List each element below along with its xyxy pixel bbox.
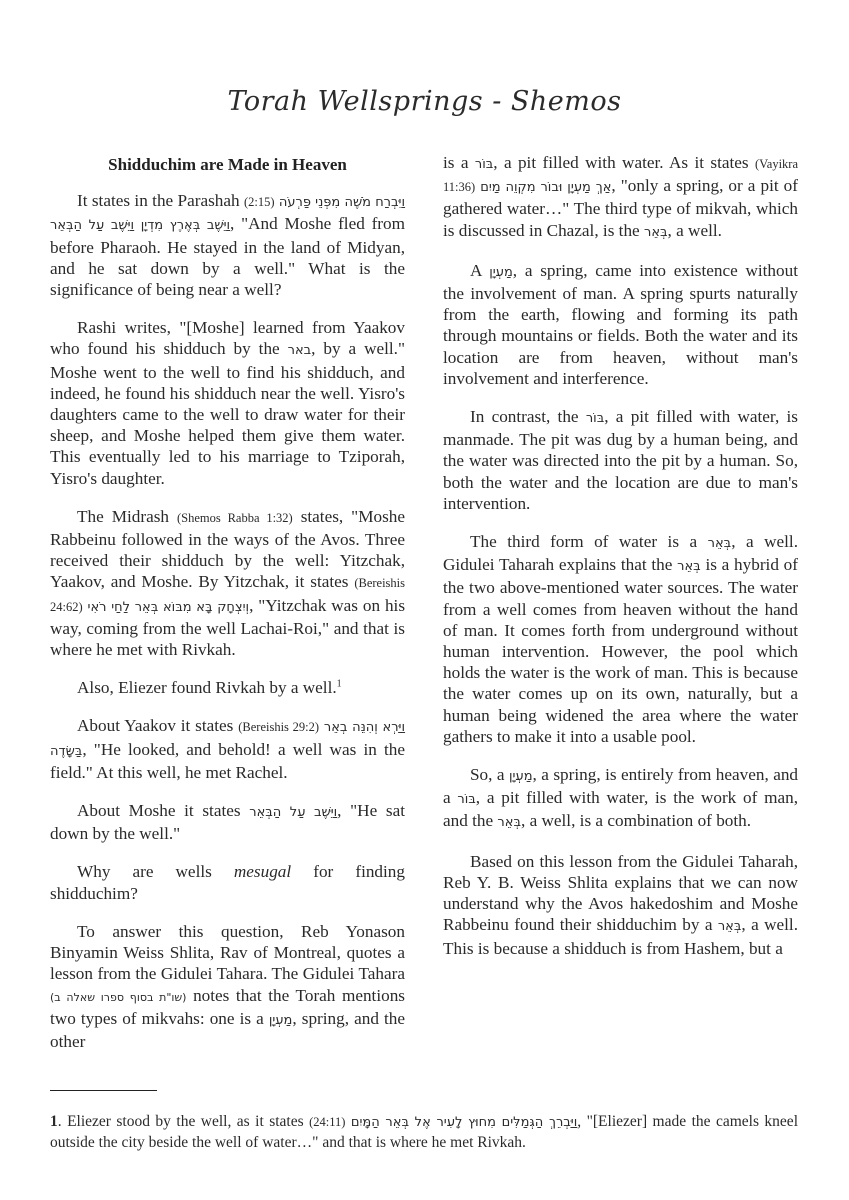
hebrew-word: בּוֹר: [475, 157, 493, 172]
footnote-number: 1: [50, 1113, 58, 1130]
text: To answer this question, Reb Yonason Bin…: [50, 922, 405, 983]
paragraph: About Moshe it states וַיֵּשֶׁב עַל הַבְ…: [50, 800, 405, 844]
citation: (Shemos Rabba 1:32): [177, 511, 293, 525]
left-column: Shidduchim are Made in Heaven It states …: [50, 150, 405, 1069]
hebrew-word: מַעְיָן: [509, 769, 533, 784]
emphasis: mesugal: [234, 862, 291, 881]
text: Also, Eliezer found Rivkah by a well.: [77, 678, 337, 697]
paragraph: The Midrash (Shemos Rabba 1:32) states, …: [50, 506, 405, 660]
footnote: 1. Eliezer stood by the well, as it stat…: [50, 1112, 798, 1153]
hebrew-word: בְּאֵר: [644, 225, 668, 240]
text: is a: [443, 153, 475, 172]
footnote-marker[interactable]: 1: [337, 679, 342, 690]
footnote-divider: [50, 1090, 157, 1091]
paragraph: Why are wells mesugal for finding shiddu…: [50, 861, 405, 903]
paragraph: The third form of water is a בְּאֵר, a w…: [443, 531, 798, 747]
hebrew-quote: וְיִצְחָק בָּא מִבּוֹא בְּאֵר לַחַי רֹאִ…: [88, 600, 250, 615]
text: About Yaakov it states: [77, 716, 238, 735]
text: , "He looked, and behold! a well was in …: [50, 740, 405, 782]
paragraph: Rashi writes, "[Moshe] learned from Yaak…: [50, 317, 405, 489]
page-title: Torah Wellsprings - Shemos: [0, 86, 849, 117]
paragraph: Also, Eliezer found Rivkah by a well.1: [50, 677, 405, 698]
hebrew-word: בְּאֵר: [497, 815, 521, 830]
text: The Midrash: [77, 507, 177, 526]
hebrew-word: בְּאֵר: [708, 536, 732, 551]
text: So, a: [470, 765, 509, 784]
hebrew-quote: וַיַּבְרֵךְ הַגְּמַלִּים מִחוּץ לָעִיר א…: [351, 1115, 577, 1130]
citation: (Bereishis 29:2): [238, 720, 319, 734]
text: , by a well." Moshe went to the well to …: [50, 339, 405, 487]
paragraph: It states in the Parashah (2:15) וַיִּבְ…: [50, 190, 405, 300]
paragraph: Based on this lesson from the Gidulei Ta…: [443, 851, 798, 959]
text: About Moshe it states: [77, 801, 249, 820]
text: A: [470, 261, 489, 280]
hebrew-word: מַעְיָן: [489, 265, 513, 280]
paragraph: So, a מַעְיָן, a spring, is entirely fro…: [443, 764, 798, 834]
hebrew-word: בְּאֵר: [677, 559, 701, 574]
hebrew-word: באר: [288, 343, 312, 358]
section-heading: Shidduchim are Made in Heaven: [50, 154, 405, 175]
hebrew-word: בּוֹר: [457, 792, 475, 807]
citation: (24:11): [309, 1115, 345, 1129]
hebrew-quote: וַיֵּשֶׁב עַל הַבְּאֵר: [249, 805, 337, 820]
text: is a hybrid of the two above-mentioned w…: [443, 555, 798, 746]
text: It states in the Parashah: [77, 191, 244, 210]
hebrew-word: מַעְיָן: [269, 1013, 293, 1028]
text: , a well, is a combination of both.: [521, 811, 751, 830]
text: In contrast, the: [470, 407, 586, 426]
citation: (2:15): [244, 195, 275, 209]
text: Why are wells: [77, 862, 234, 881]
right-column: is a בּוֹר, a pit filled with water. As …: [443, 152, 798, 976]
paragraph: In contrast, the בּוֹר, a pit filled wit…: [443, 406, 798, 514]
text: The third form of water is a: [470, 532, 708, 551]
hebrew-word: בּוֹר: [586, 411, 604, 426]
paragraph: About Yaakov it states (Bereishis 29:2) …: [50, 715, 405, 783]
hebrew-word: בְּאֵר: [718, 919, 742, 934]
text: , a pit filled with water. As it states: [493, 153, 755, 172]
text: , a well.: [668, 221, 722, 240]
hebrew-quote: אַךְ מַעְיָן וּבוֹר מִקְוֵה מַיִם: [480, 180, 611, 195]
paragraph: To answer this question, Reb Yonason Bin…: [50, 921, 405, 1052]
paragraph: is a בּוֹר, a pit filled with water. As …: [443, 152, 798, 243]
text: . Eliezer stood by the well, as it state…: [58, 1113, 309, 1130]
paragraph: A מַעְיָן, a spring, came into existence…: [443, 260, 798, 389]
hebrew-citation: (שו"ת בסוף ספרו שאלה ב): [50, 991, 186, 1004]
